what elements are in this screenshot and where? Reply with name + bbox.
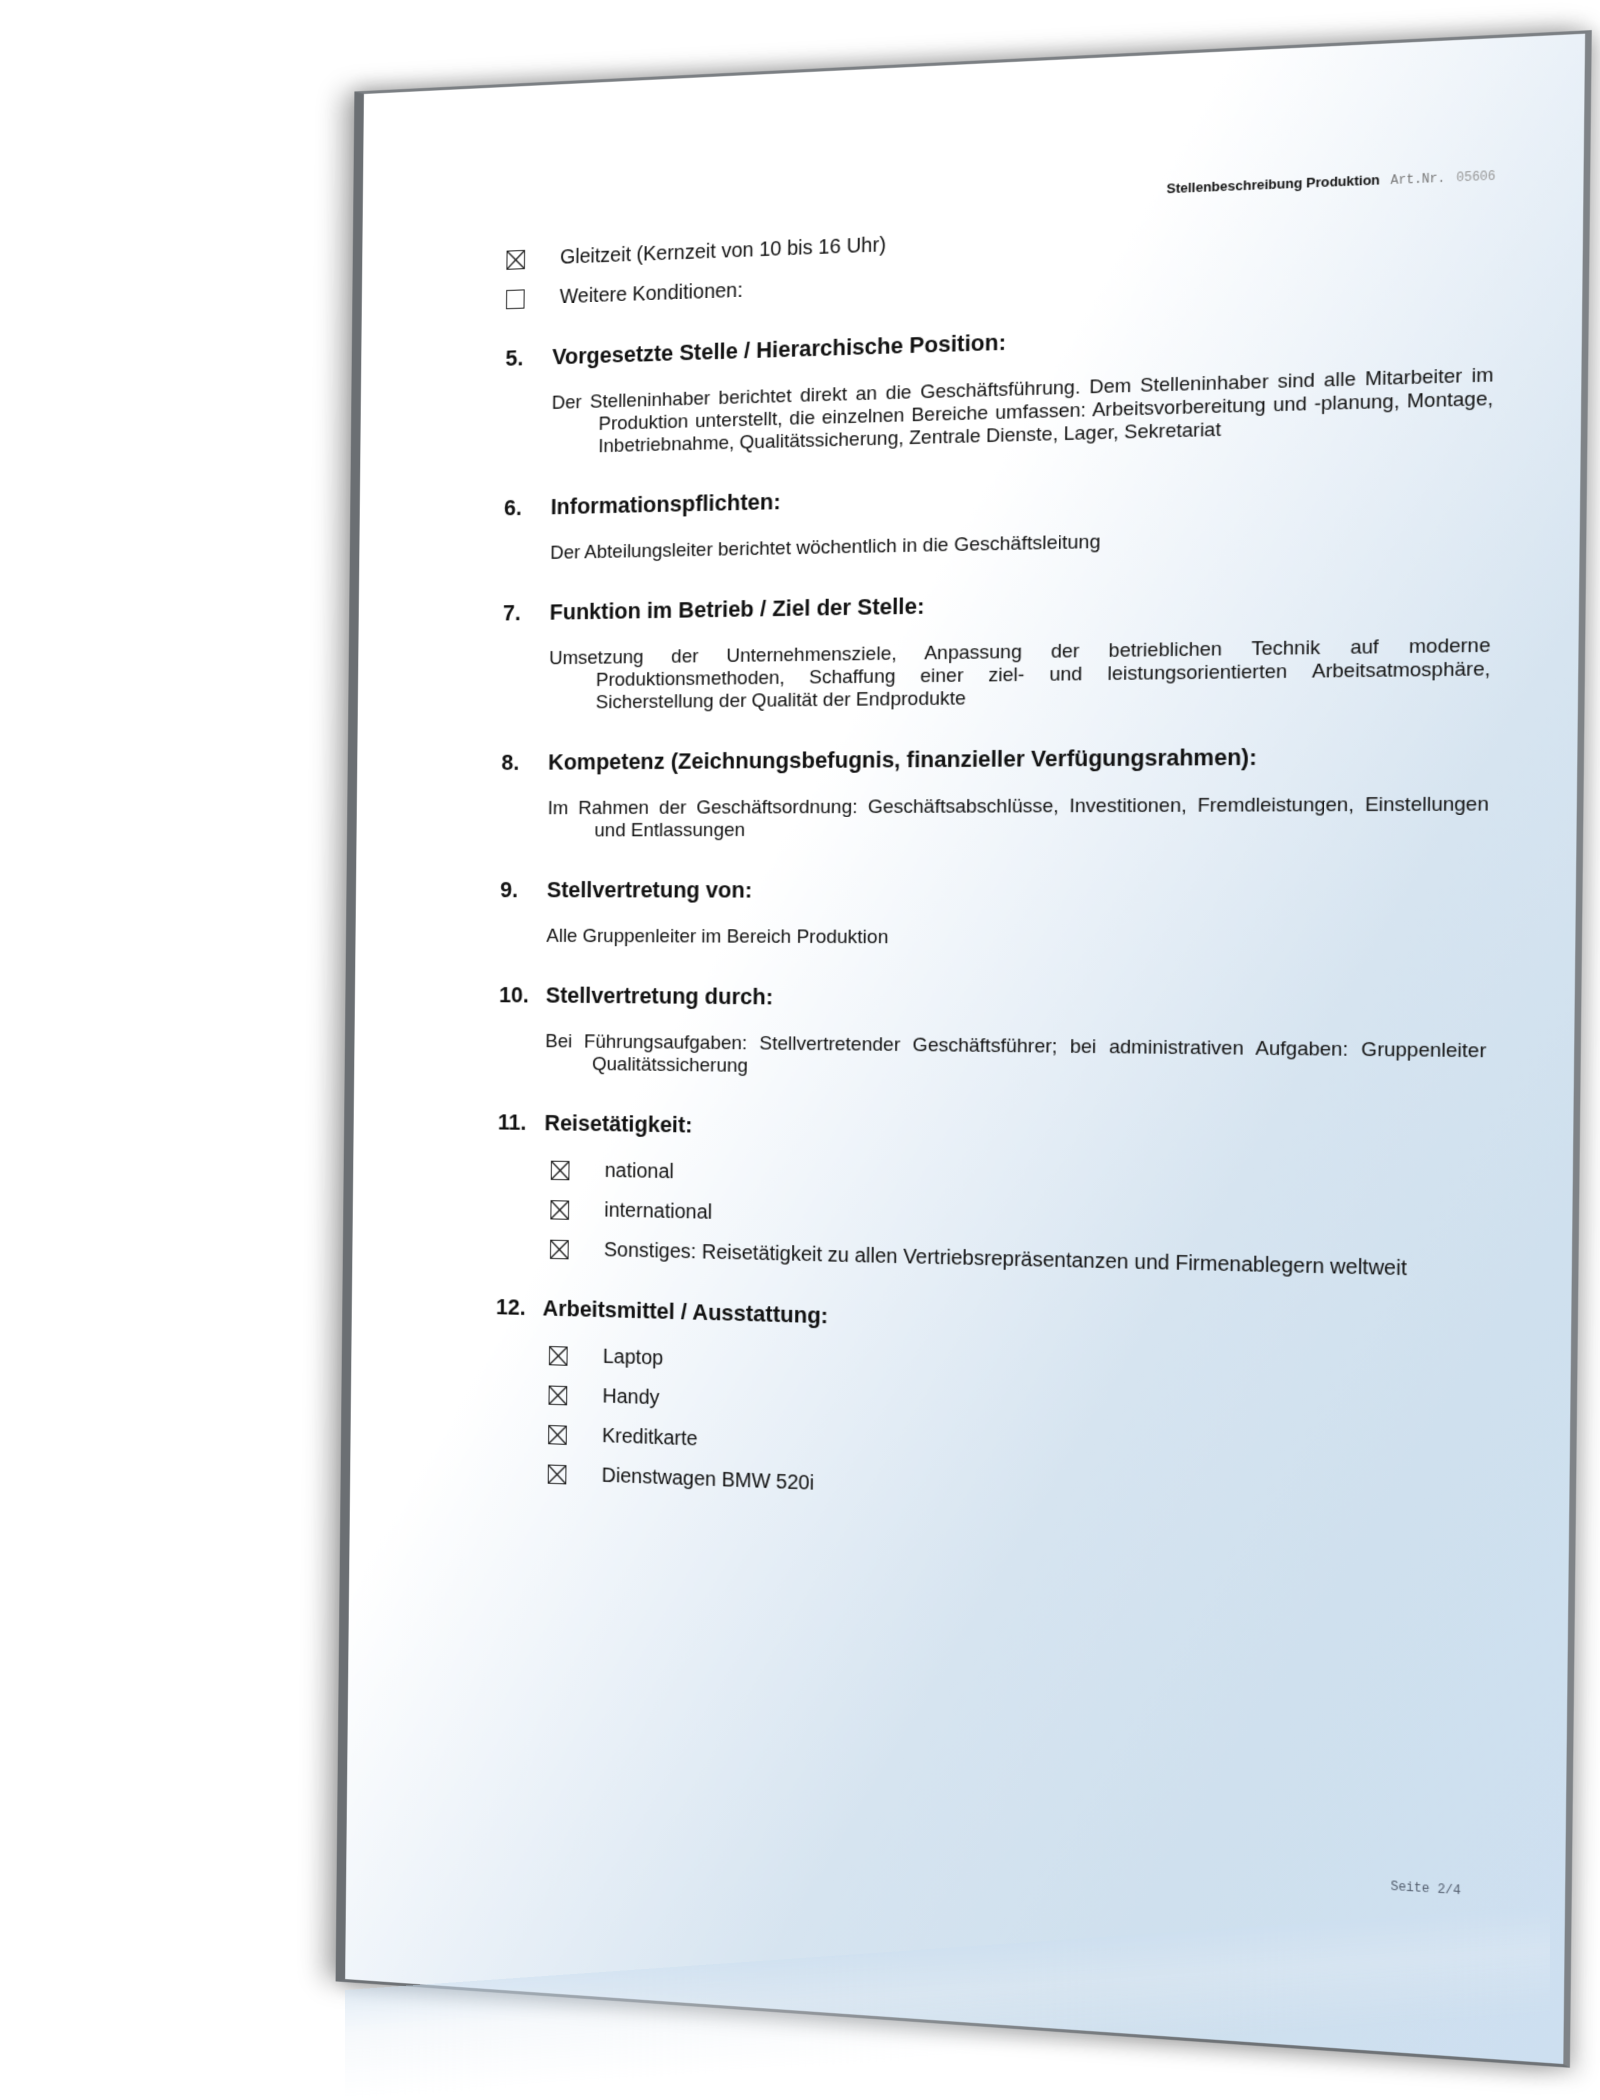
checkbox-checked-icon[interactable] [548, 1464, 567, 1484]
check-item-sonstiges: Sonstiges: Reisetätigkeit zu allen Vertr… [550, 1238, 1484, 1284]
section-heading: 10. Stellvertretung durch: [499, 982, 1487, 1016]
section-12: 12. Arbeitsmittel / Ausstattung: Laptop … [494, 1294, 1483, 1521]
check-item-international: international [550, 1198, 1484, 1241]
section-heading: 8. Kompetenz (Zeichnungsbefugnis, finanz… [501, 742, 1489, 776]
section-11: 11. Reisetätigkeit: national internation… [496, 1109, 1485, 1283]
document-stage: Stellenbeschreibung Produktion Art.Nr. 0… [0, 0, 1600, 2100]
section-heading: 12. Arbeitsmittel / Ausstattung: [496, 1294, 1484, 1348]
section-title: Stellvertretung durch: [546, 982, 774, 1010]
section-title: Arbeitsmittel / Ausstattung: [543, 1295, 829, 1329]
section-number: 11. [498, 1109, 545, 1136]
check-label: Kreditkarte [602, 1425, 698, 1452]
check-label: international [604, 1199, 712, 1225]
checkbox-checked-icon[interactable] [506, 250, 525, 270]
section-body: Der Abteilungsleiter berichtet wöchentli… [550, 523, 1492, 565]
section-body: Bei Führungsaufgaben: Stellvertretender … [545, 1031, 1486, 1087]
check-label: national [605, 1160, 674, 1185]
checkbox-checked-icon[interactable] [550, 1200, 569, 1220]
checkbox-checked-icon[interactable] [548, 1425, 567, 1445]
section-7: 7. Funktion im Betrieb / Ziel der Stelle… [502, 583, 1491, 715]
document-title: Stellenbeschreibung Produktion [1166, 172, 1379, 197]
check-label: Sonstiges: Reisetätigkeit zu allen Vertr… [604, 1239, 1407, 1282]
check-label: Laptop [603, 1346, 664, 1371]
document-page: Stellenbeschreibung Produktion Art.Nr. 0… [336, 30, 1592, 2068]
section-title: Informationspflichten: [551, 489, 781, 521]
section-heading: 9. Stellvertretung von: [500, 877, 1488, 905]
article-number-label: Art.Nr. [1391, 171, 1446, 188]
document-page-wrapper: Stellenbeschreibung Produktion Art.Nr. 0… [336, 30, 1592, 2068]
section-number: 9. [500, 877, 547, 903]
section-title: Kompetenz (Zeichnungsbefugnis, finanziel… [548, 744, 1257, 776]
section-title: Reisetätigkeit: [544, 1110, 692, 1139]
check-label: Gleitzeit (Kernzeit von 10 bis 16 Uhr) [560, 234, 886, 270]
section-title: Stellvertretung von: [547, 877, 753, 904]
section-number: 12. [496, 1294, 543, 1322]
checkbox-checked-icon[interactable] [550, 1240, 569, 1260]
section-8: 8. Kompetenz (Zeichnungsbefugnis, finanz… [501, 742, 1490, 843]
section-heading: 5. Vorgesetzte Stelle / Hierarchische Po… [505, 313, 1494, 372]
section-number: 10. [499, 982, 546, 1009]
checkbox-checked-icon[interactable] [549, 1346, 568, 1366]
section-body: Alle Gruppenleiter im Bereich Produktion [546, 926, 1487, 953]
section-heading: 6. Informationspflichten: [504, 472, 1493, 522]
section-number: 6. [504, 494, 551, 521]
checkbox-empty-icon[interactable] [506, 289, 525, 309]
section-10: 10. Stellvertretung durch: Bei Führungsa… [498, 982, 1487, 1087]
section-body: Umsetzung der Unternehmensziele, Anpassu… [549, 635, 1491, 715]
checkbox-checked-icon[interactable] [551, 1161, 570, 1181]
section-body: Im Rahmen der Geschäftsordnung: Geschäft… [547, 793, 1489, 842]
check-label: Weitere Konditionen: [560, 279, 743, 309]
check-item-national: national [551, 1159, 1485, 1200]
checkbox-checked-icon[interactable] [549, 1386, 568, 1406]
article-number: 05606 [1456, 169, 1495, 186]
check-label: Handy [602, 1385, 659, 1410]
check-label: Dienstwagen BMW 520i [602, 1464, 815, 1495]
document-content: Gleitzeit (Kernzeit von 10 bis 16 Uhr) W… [494, 210, 1495, 1539]
section-title: Funktion im Betrieb / Ziel der Stelle: [550, 593, 925, 626]
page-header: Stellenbeschreibung Produktion Art.Nr. 0… [1166, 167, 1495, 198]
section-heading: 7. Funktion im Betrieb / Ziel der Stelle… [503, 583, 1491, 626]
section-title: Vorgesetzte Stelle / Hierarchische Posit… [552, 329, 1006, 370]
section-number: 8. [501, 749, 548, 776]
section-body: Der Stelleninhaber berichtet direkt an d… [551, 364, 1493, 459]
section-number: 7. [503, 599, 550, 626]
section-number: 5. [505, 344, 552, 372]
intro-checklist: Gleitzeit (Kernzeit von 10 bis 16 Uhr) W… [506, 210, 1495, 311]
section-9: 9. Stellvertretung von: Alle Gruppenleit… [500, 877, 1489, 952]
section-5: 5. Vorgesetzte Stelle / Hierarchische Po… [504, 313, 1494, 461]
section-heading: 11. Reisetätigkeit: [498, 1109, 1486, 1151]
page-number: Seite 2/4 [1390, 1879, 1461, 1898]
section-6: 6. Informationspflichten: Der Abteilungs… [503, 472, 1492, 566]
